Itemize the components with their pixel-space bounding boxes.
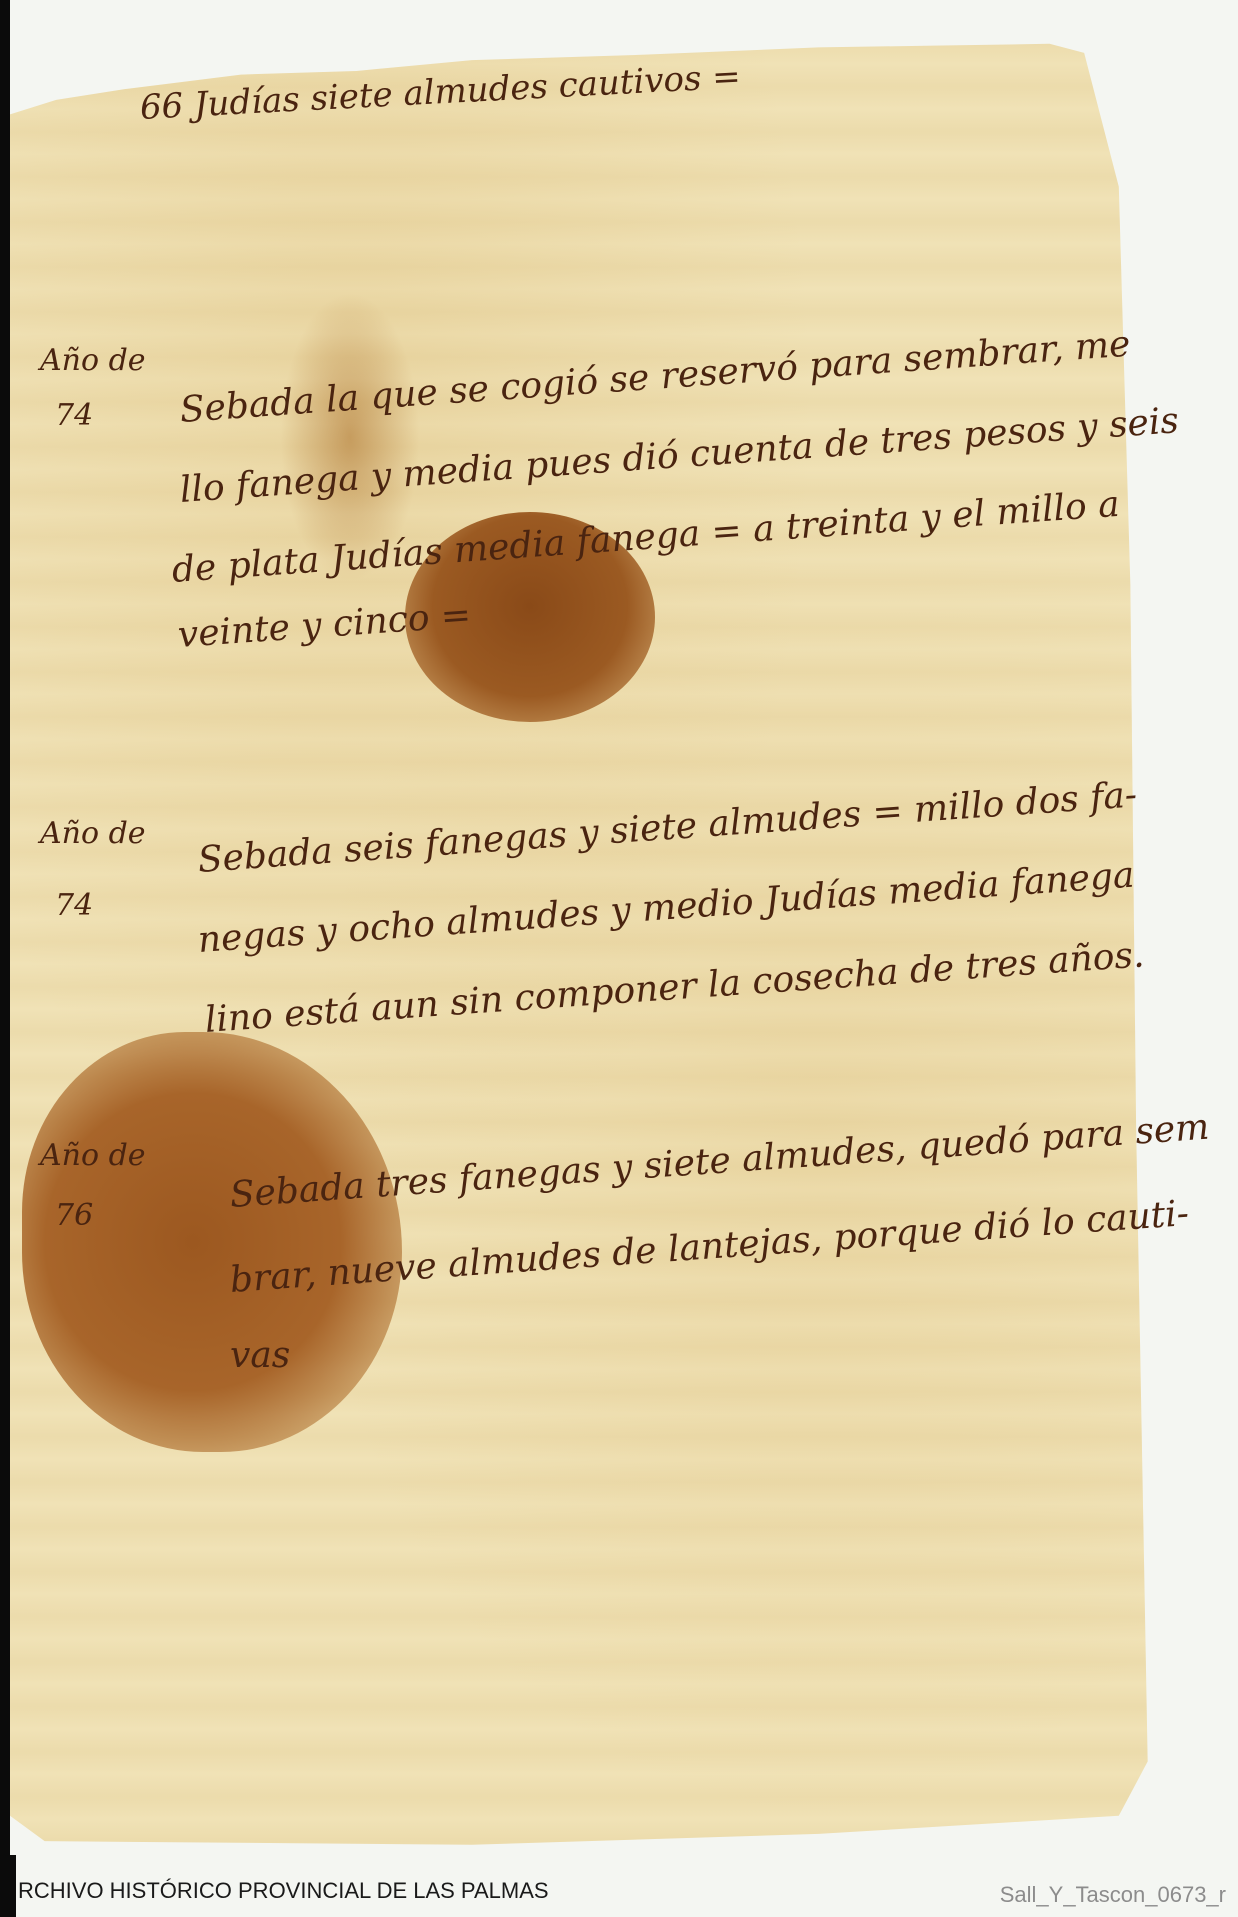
entry-line: vas bbox=[230, 1335, 290, 1376]
archive-footer: RCHIVO HISTÓRICO PROVINCIAL DE LAS PALMA… bbox=[0, 1876, 1238, 1917]
entry-year-label: Año de bbox=[40, 335, 146, 387]
entry-year-number: 76 bbox=[55, 1190, 93, 1242]
entry-year-number: 74 bbox=[55, 880, 93, 932]
entry-year-label: Año de bbox=[40, 1130, 146, 1182]
entry-year-number: 74 bbox=[55, 390, 93, 442]
ink-stain bbox=[22, 1032, 402, 1452]
entry-year-label: Año de bbox=[40, 808, 146, 860]
image-reference: Sall_Y_Tascon_0673_r bbox=[1000, 1882, 1226, 1908]
scan-edge-bar bbox=[0, 0, 10, 1917]
archive-name: RCHIVO HISTÓRICO PROVINCIAL DE LAS PALMA… bbox=[18, 1878, 549, 1904]
